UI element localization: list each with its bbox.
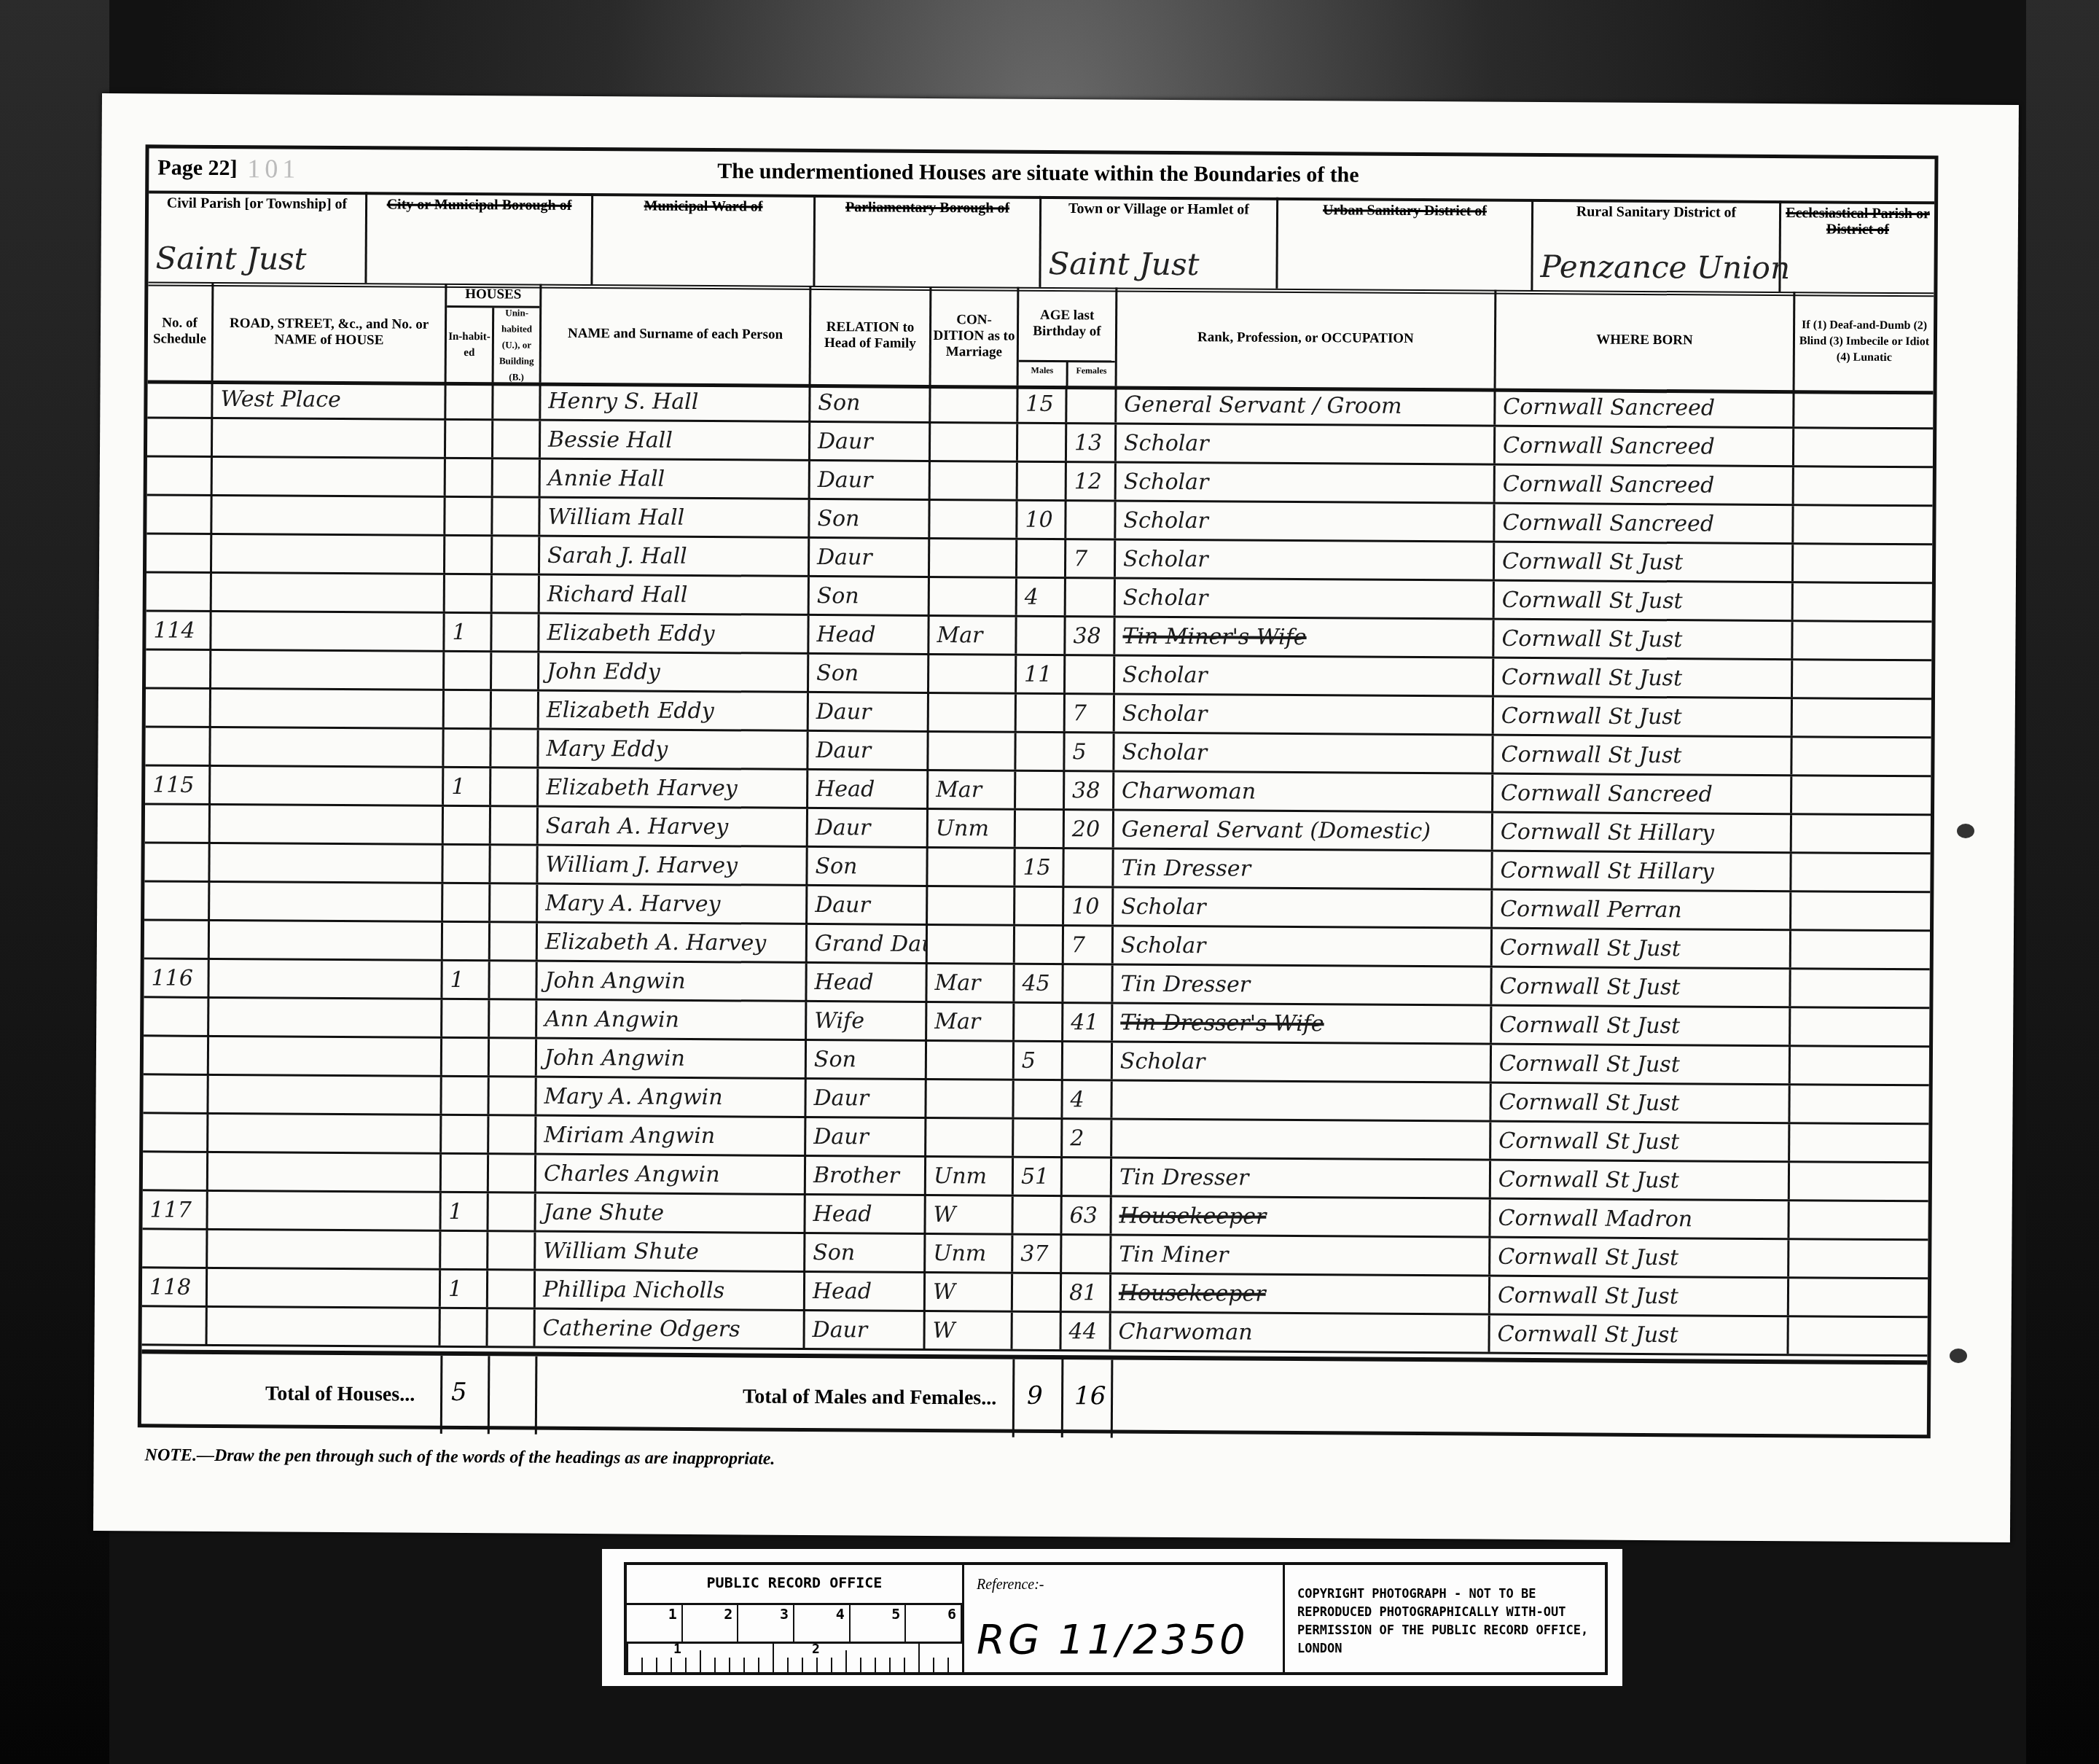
female-age-cell: 7	[1066, 540, 1116, 577]
uninhabited-count-cell	[493, 459, 541, 496]
female-age-cell	[1064, 849, 1114, 886]
infirmity-cell	[1794, 506, 1932, 543]
schedule-number-cell	[143, 1075, 208, 1112]
cm-scale: 123456	[627, 1603, 962, 1644]
occupation-cell: Housekeeper	[1111, 1274, 1490, 1313]
birthplace-cell: Cornwall St Hillary	[1493, 813, 1792, 852]
birthplace-cell: Cornwall St Just	[1495, 582, 1794, 620]
census-page: Page 22] 101 The undermentioned Houses a…	[93, 93, 2019, 1542]
schedule-number-cell	[144, 998, 209, 1035]
column-headers: No. of Schedule ROAD, STREET, &c., and N…	[148, 281, 1934, 394]
uninhabited-count-cell	[493, 575, 540, 612]
female-age-cell: 38	[1066, 617, 1115, 654]
birthplace-cell: Cornwall St Just	[1492, 1007, 1791, 1045]
totals-row: Total of Houses... 5 Total of Males and …	[141, 1349, 1928, 1443]
relation-cell: Head	[805, 1273, 926, 1310]
person-name-cell: Henry S. Hall	[541, 383, 810, 421]
person-name-cell: Elizabeth Eddy	[539, 692, 809, 730]
header-relation: RELATION to Head of Family	[811, 286, 932, 385]
infirmity-cell	[1790, 1163, 1928, 1200]
road-name-cell	[211, 690, 445, 727]
occupation-cell: Scholar	[1115, 657, 1494, 695]
schedule-number-cell	[144, 843, 210, 881]
inch-mark: 1	[673, 1642, 681, 1657]
uninhabited-count-cell	[490, 884, 538, 921]
infirmity-cell	[1789, 1317, 1927, 1354]
inhabited-count-cell	[442, 1077, 489, 1114]
header-uninhabited: Unin-habited (U.), or Building (B.)	[494, 308, 540, 382]
relation-cell: Son	[810, 500, 930, 537]
scale-mark: 3	[738, 1605, 794, 1642]
occupation-cell: Tin Dresser	[1112, 1158, 1491, 1197]
header-males: Males	[1019, 362, 1068, 386]
female-age-cell	[1066, 502, 1116, 538]
male-age-cell	[1013, 1313, 1062, 1349]
person-name-cell: William J. Harvey	[538, 846, 808, 884]
census-form: Page 22] 101 The undermentioned Houses a…	[138, 144, 1939, 1438]
person-name-cell: Elizabeth Eddy	[539, 614, 809, 652]
inhabited-count-cell	[445, 652, 492, 689]
road-name-cell: West Place	[213, 380, 446, 418]
person-name-cell: Sarah A. Harvey	[539, 808, 808, 846]
inhabited-count-cell	[442, 1116, 489, 1152]
male-age-cell: 4	[1017, 579, 1066, 615]
scale-mark: 1	[627, 1605, 683, 1642]
occupation-cell: Tin Dresser's Wife	[1113, 1004, 1492, 1042]
male-age-cell	[1014, 1081, 1063, 1117]
scale-mark: 6	[906, 1605, 962, 1642]
occupation-cell: Tin Miner's Wife	[1115, 618, 1494, 657]
infirmity-cell	[1790, 1085, 1928, 1123]
male-age-cell	[1016, 733, 1065, 770]
copyright-notice: COPYRIGHT PHOTOGRAPH - NOT TO BE REPRODU…	[1297, 1585, 1603, 1658]
boundary-label: Municipal Ward of	[593, 193, 813, 215]
infirmity-cell	[1790, 1124, 1928, 1161]
person-name-cell: Phillipa Nicholls	[536, 1271, 805, 1309]
inhabited-count-cell	[443, 846, 490, 882]
road-name-cell	[211, 612, 445, 650]
male-age-cell: 51	[1014, 1158, 1063, 1195]
inhabited-count-cell	[445, 575, 493, 612]
occupation-cell: Tin Dresser	[1113, 965, 1492, 1004]
uninhabited-count-cell	[493, 421, 541, 457]
header-condition: CON-DITION as to Marriage	[931, 286, 1020, 386]
marital-condition-cell	[929, 655, 1017, 692]
occupation-cell	[1112, 1120, 1491, 1158]
schedule-number-cell	[143, 1114, 208, 1151]
marital-condition-cell: Unm	[926, 1158, 1014, 1195]
boundary-cell: Civil Parish [or Township] ofSaint Just	[148, 190, 367, 283]
marital-condition-cell: W	[926, 1196, 1013, 1233]
marital-condition-cell: Mar	[927, 964, 1015, 1002]
male-age-cell	[1014, 1120, 1063, 1156]
film-edge-right	[2026, 0, 2099, 1764]
boundary-cell: Municipal Ward of	[593, 193, 816, 286]
birthplace-cell: Cornwall Madron	[1490, 1200, 1789, 1238]
inhabited-count-cell	[441, 1232, 488, 1268]
inhabited-count-cell	[445, 498, 493, 534]
inhabited-count-cell	[442, 1000, 490, 1037]
schedule-number-cell	[147, 418, 213, 456]
scale-panel: PUBLIC RECORD OFFICE 123456 12	[627, 1565, 964, 1672]
marital-condition-cell	[930, 578, 1017, 615]
occupation-cell: Scholar	[1114, 927, 1493, 966]
relation-cell: Wife	[807, 1002, 927, 1039]
relation-cell: Daur	[808, 809, 929, 846]
infirmity-cell	[1794, 583, 1932, 620]
infirmity-cell	[1792, 738, 1931, 775]
relation-cell: Head	[808, 770, 929, 808]
infirmity-cell	[1793, 622, 1931, 659]
road-name-cell	[208, 1153, 442, 1191]
inhabited-count-cell: 1	[442, 961, 490, 998]
male-age-cell: 15	[1015, 849, 1064, 886]
relation-cell: Son	[808, 848, 928, 885]
occupation-cell: Scholar	[1114, 734, 1493, 773]
female-age-cell	[1067, 386, 1117, 422]
birthplace-cell: Cornwall St Just	[1491, 1161, 1790, 1200]
schedule-number-cell	[146, 496, 212, 533]
occupation-cell: Tin Dresser	[1114, 850, 1493, 889]
uninhabited-count-cell	[490, 846, 538, 882]
road-name-cell	[208, 1269, 441, 1307]
infirmity-cell	[1789, 1201, 1928, 1238]
road-name-cell	[212, 574, 445, 612]
uninhabited-count-cell	[492, 691, 539, 727]
relation-cell: Daur	[806, 1118, 926, 1155]
schedule-number-cell	[143, 1152, 208, 1190]
infirmity-cell	[1791, 931, 1930, 968]
road-name-cell	[208, 1115, 442, 1152]
person-name-cell: John Angwin	[537, 1039, 807, 1077]
uninhabited-count-cell	[490, 961, 537, 998]
relation-cell: Head	[809, 616, 929, 653]
road-name-cell	[209, 1037, 442, 1075]
relation-cell: Daur	[805, 1311, 926, 1349]
scale-mark: 5	[851, 1605, 907, 1642]
female-age-cell: 44	[1061, 1313, 1111, 1349]
uninhabited-count-cell	[491, 768, 539, 805]
header-inhabited: In-habit-ed	[447, 308, 495, 382]
relation-cell: Daur	[809, 693, 929, 730]
relation-cell: Daur	[808, 886, 928, 924]
person-name-cell: John Eddy	[539, 653, 809, 691]
header-age: AGE last Birthday of Males Females	[1019, 287, 1118, 386]
female-age-cell	[1062, 1236, 1111, 1272]
birthplace-cell: Cornwall St Just	[1490, 1238, 1789, 1277]
marital-condition-cell	[931, 424, 1018, 461]
road-name-cell	[213, 458, 446, 496]
record-office-card: PUBLIC RECORD OFFICE 123456 12 Reference…	[602, 1549, 1622, 1686]
male-age-cell: 10	[1017, 502, 1066, 538]
male-age-cell	[1017, 617, 1066, 654]
uninhabited-count-cell	[488, 1309, 536, 1346]
female-age-cell	[1063, 1042, 1113, 1079]
person-name-cell: Mary A. Harvey	[538, 885, 808, 923]
person-name-cell: William Shute	[536, 1233, 805, 1271]
schedule-number-cell: 118	[142, 1268, 208, 1306]
female-age-cell: 7	[1064, 926, 1114, 963]
occupation-cell: Scholar	[1116, 541, 1495, 579]
relation-cell: Head	[805, 1195, 926, 1233]
male-age-cell	[1018, 463, 1067, 499]
boundary-label: Parliamentary Borough of	[816, 195, 1039, 216]
birthplace-cell: Cornwall St Just	[1494, 620, 1793, 659]
birthplace-cell: Cornwall St Just	[1491, 1123, 1790, 1161]
occupation-cell: Scholar	[1117, 464, 1496, 502]
total-houses-value: 5	[451, 1378, 467, 1407]
birthplace-cell: Cornwall St Just	[1493, 929, 1791, 968]
birthplace-cell: Cornwall St Just	[1494, 659, 1793, 698]
inhabited-count-cell: 1	[445, 614, 492, 650]
occupation-cell: Tin Miner	[1111, 1236, 1490, 1274]
road-name-cell	[210, 883, 443, 921]
relation-cell: Daur	[810, 539, 930, 576]
female-age-cell	[1063, 1158, 1112, 1195]
relation-cell: Daur	[808, 732, 929, 769]
male-age-cell	[1016, 811, 1065, 847]
relation-cell: Son	[810, 384, 931, 421]
marital-condition-cell: W	[926, 1312, 1013, 1349]
total-females-value: 16	[1074, 1381, 1106, 1410]
uninhabited-count-cell	[491, 807, 539, 843]
inhabited-count-cell	[444, 730, 491, 766]
inhabited-count-cell	[445, 691, 492, 727]
occupation-cell: Housekeeper	[1111, 1197, 1490, 1236]
infirmity-cell	[1791, 969, 1929, 1007]
birthplace-cell: Cornwall Sancreed	[1496, 389, 1794, 427]
boundary-label: Civil Parish [or Township] of	[149, 190, 365, 212]
relation-cell: Son	[810, 577, 930, 614]
relation-cell: Daur	[810, 423, 931, 460]
relation-cell: Head	[807, 964, 927, 1001]
marital-condition-cell: W	[926, 1273, 1013, 1311]
marital-condition-cell	[926, 1119, 1014, 1156]
road-name-cell	[209, 999, 442, 1037]
uninhabited-count-cell	[492, 614, 539, 650]
road-name-cell	[211, 805, 444, 843]
female-age-cell: 2	[1063, 1120, 1112, 1156]
male-age-cell: 11	[1017, 656, 1066, 692]
boundary-cell: Ecclesiastical Parish or District of	[1781, 200, 1934, 292]
road-name-cell	[212, 535, 445, 573]
person-name-cell: John Angwin	[537, 962, 807, 1000]
inhabited-count-cell: 1	[444, 768, 491, 805]
schedule-number-cell	[147, 380, 213, 417]
inhabited-count-cell: 1	[441, 1193, 488, 1230]
inch-scale: 12	[627, 1642, 962, 1672]
inhabited-count-cell	[446, 382, 493, 418]
marital-condition-cell	[931, 462, 1018, 499]
marital-condition-cell	[930, 501, 1017, 538]
scale-mark: 4	[794, 1605, 851, 1642]
uninhabited-count-cell	[493, 536, 540, 573]
marital-condition-cell	[928, 926, 1015, 963]
relation-cell: Grand Daur	[808, 925, 928, 962]
infirmity-cell	[1789, 1279, 1928, 1316]
person-name-cell: Mary A. Angwin	[536, 1078, 806, 1116]
boundary-label: Ecclesiastical Parish or District of	[1781, 200, 1934, 238]
inch-mark: 2	[812, 1642, 820, 1657]
occupation-cell	[1112, 1081, 1491, 1120]
male-age-cell: 5	[1015, 1042, 1063, 1079]
person-name-cell: William Hall	[540, 499, 810, 536]
uninhabited-count-cell	[490, 923, 538, 959]
birthplace-cell: Cornwall Sancreed	[1496, 466, 1794, 504]
infirmity-cell	[1793, 699, 1931, 736]
reference-panel: Reference:- RG 11/2350	[962, 1565, 1285, 1672]
uninhabited-count-cell	[489, 1116, 536, 1152]
record-office-name: PUBLIC RECORD OFFICE	[627, 1574, 962, 1591]
schedule-number-cell: 117	[142, 1191, 208, 1228]
female-age-cell: 20	[1065, 811, 1114, 847]
female-age-cell: 5	[1065, 733, 1114, 770]
inhabited-count-cell	[444, 807, 491, 843]
uninhabited-count-cell	[492, 652, 539, 689]
scale-mark: 2	[683, 1605, 739, 1642]
boundary-value: Saint Just	[1048, 246, 1199, 282]
person-name-cell: Bessie Hall	[541, 421, 810, 459]
occupation-cell: General Servant (Domestic)	[1114, 811, 1493, 850]
marital-condition-cell	[929, 733, 1016, 770]
occupation-cell: Charwoman	[1114, 773, 1493, 811]
birthplace-cell: Cornwall St Just	[1492, 968, 1791, 1007]
boundary-cell: City or Municipal Borough of	[367, 192, 593, 284]
male-age-cell	[1015, 926, 1064, 963]
birthplace-cell: Cornwall St Just	[1490, 1277, 1789, 1316]
female-age-cell: 38	[1065, 772, 1114, 808]
infirmity-cell	[1794, 545, 1932, 582]
header-occupation: Rank, Profession, or OCCUPATION	[1117, 288, 1497, 389]
infirmity-cell	[1792, 776, 1931, 813]
schedule-number-cell	[147, 457, 213, 494]
boundary-label: Town or Village or Hamlet of	[1041, 196, 1276, 218]
female-age-cell: 12	[1067, 463, 1117, 499]
male-age-cell	[1013, 1197, 1062, 1233]
marital-condition-cell	[928, 887, 1015, 924]
schedule-number-cell: 116	[144, 959, 209, 996]
boundary-label: Urban Sanitary District of	[1278, 198, 1531, 219]
header-where-born: WHERE BORN	[1496, 290, 1796, 391]
page-title: The undermentioned Houses are situate wi…	[717, 159, 1359, 187]
female-age-cell: 7	[1066, 695, 1115, 731]
infirmity-cell	[1789, 1240, 1928, 1277]
boundaries-row: Civil Parish [or Township] ofSaint JustC…	[148, 190, 1934, 297]
person-name-cell: Charles Angwin	[536, 1155, 806, 1193]
road-name-cell	[209, 960, 442, 998]
infirmity-cell	[1793, 660, 1931, 698]
road-name-cell	[212, 496, 445, 534]
schedule-number-cell	[142, 1307, 208, 1344]
inhabited-count-cell	[443, 884, 490, 921]
relation-cell: Son	[807, 1041, 927, 1078]
road-name-cell	[210, 844, 443, 882]
uninhabited-count-cell	[489, 1077, 536, 1114]
female-age-cell	[1063, 965, 1113, 1002]
boundary-cell: Rural Sanitary District ofPenzance Union	[1533, 199, 1781, 292]
birthplace-cell: Cornwall Sancreed	[1496, 427, 1794, 466]
occupation-cell: Scholar	[1115, 695, 1494, 734]
road-name-cell	[211, 767, 444, 805]
person-name-cell: Mary Eddy	[539, 730, 808, 768]
total-houses-label: Total of Houses...	[265, 1382, 415, 1406]
person-name-cell: Elizabeth A. Harvey	[538, 924, 808, 961]
total-persons-label: Total of Males and Females...	[743, 1385, 996, 1410]
male-age-cell: 15	[1018, 386, 1067, 422]
folio-stamp: 101	[247, 153, 300, 184]
inhabited-count-cell	[442, 1155, 489, 1191]
inhabited-count-cell	[443, 923, 490, 959]
uninhabited-count-cell	[489, 1155, 536, 1191]
uninhabited-count-cell	[493, 382, 541, 418]
female-age-cell: 41	[1063, 1004, 1113, 1040]
boundary-cell: Town or Village or Hamlet ofSaint Just	[1041, 196, 1278, 289]
uninhabited-count-cell	[490, 1039, 537, 1075]
male-age-cell	[1013, 1274, 1062, 1311]
total-males-value: 9	[1027, 1381, 1043, 1410]
schedule-number-cell: 114	[146, 612, 211, 649]
road-name-cell	[210, 921, 443, 959]
occupation-cell: Scholar	[1113, 1042, 1492, 1081]
male-age-cell: 37	[1013, 1236, 1062, 1272]
header-females: Females	[1068, 362, 1115, 386]
female-age-cell	[1066, 656, 1115, 692]
schedule-number-cell: 115	[145, 766, 211, 803]
relation-cell: Daur	[810, 461, 931, 499]
schedule-number-cell	[145, 727, 211, 765]
infirmity-cell	[1791, 1008, 1929, 1045]
birthplace-cell: Cornwall Perran	[1493, 891, 1791, 929]
relation-cell: Son	[809, 655, 929, 692]
header-schedule: No. of Schedule	[148, 281, 214, 380]
person-name-cell: Richard Hall	[540, 576, 810, 614]
reference-value: RG 11/2350	[977, 1616, 1248, 1663]
male-age-cell	[1017, 695, 1066, 731]
marital-condition-cell	[927, 1042, 1015, 1079]
female-age-cell: 4	[1063, 1081, 1112, 1117]
person-name-cell: Elizabeth Harvey	[539, 769, 808, 807]
uninhabited-count-cell	[488, 1193, 536, 1230]
header-name: NAME and Surname of each Person	[542, 284, 812, 384]
male-age-cell	[1017, 540, 1066, 577]
boundary-cell: Parliamentary Borough of	[815, 195, 1041, 287]
relation-cell: Daur	[806, 1080, 926, 1117]
person-name-cell: Sarah J. Hall	[540, 537, 810, 575]
schedule-number-cell	[146, 689, 211, 726]
uninhabited-count-cell	[493, 498, 540, 534]
birthplace-cell: Cornwall St Just	[1490, 1316, 1789, 1354]
infirmity-cell	[1794, 467, 1933, 504]
inhabited-count-cell	[446, 421, 493, 457]
marital-condition-cell: Unm	[926, 1235, 1013, 1272]
female-age-cell: 10	[1064, 888, 1114, 924]
road-name-cell	[208, 1076, 442, 1114]
occupation-cell: Scholar	[1116, 579, 1495, 618]
infirmity-cell	[1794, 429, 1933, 466]
marital-condition-cell	[926, 1080, 1014, 1117]
schedule-number-cell	[142, 1230, 208, 1267]
schedule-number-cell	[146, 534, 212, 571]
boundary-label: City or Municipal Borough of	[367, 192, 591, 214]
boundary-value: Penzance Union	[1540, 249, 1790, 286]
person-name-cell: Catherine Odgers	[536, 1310, 805, 1348]
male-age-cell	[1015, 1004, 1063, 1040]
male-age-cell	[1018, 424, 1067, 461]
infirmity-cell	[1794, 390, 1933, 427]
birthplace-cell: Cornwall St Just	[1493, 736, 1792, 775]
female-age-cell: 81	[1062, 1274, 1111, 1311]
male-age-cell	[1015, 888, 1064, 924]
